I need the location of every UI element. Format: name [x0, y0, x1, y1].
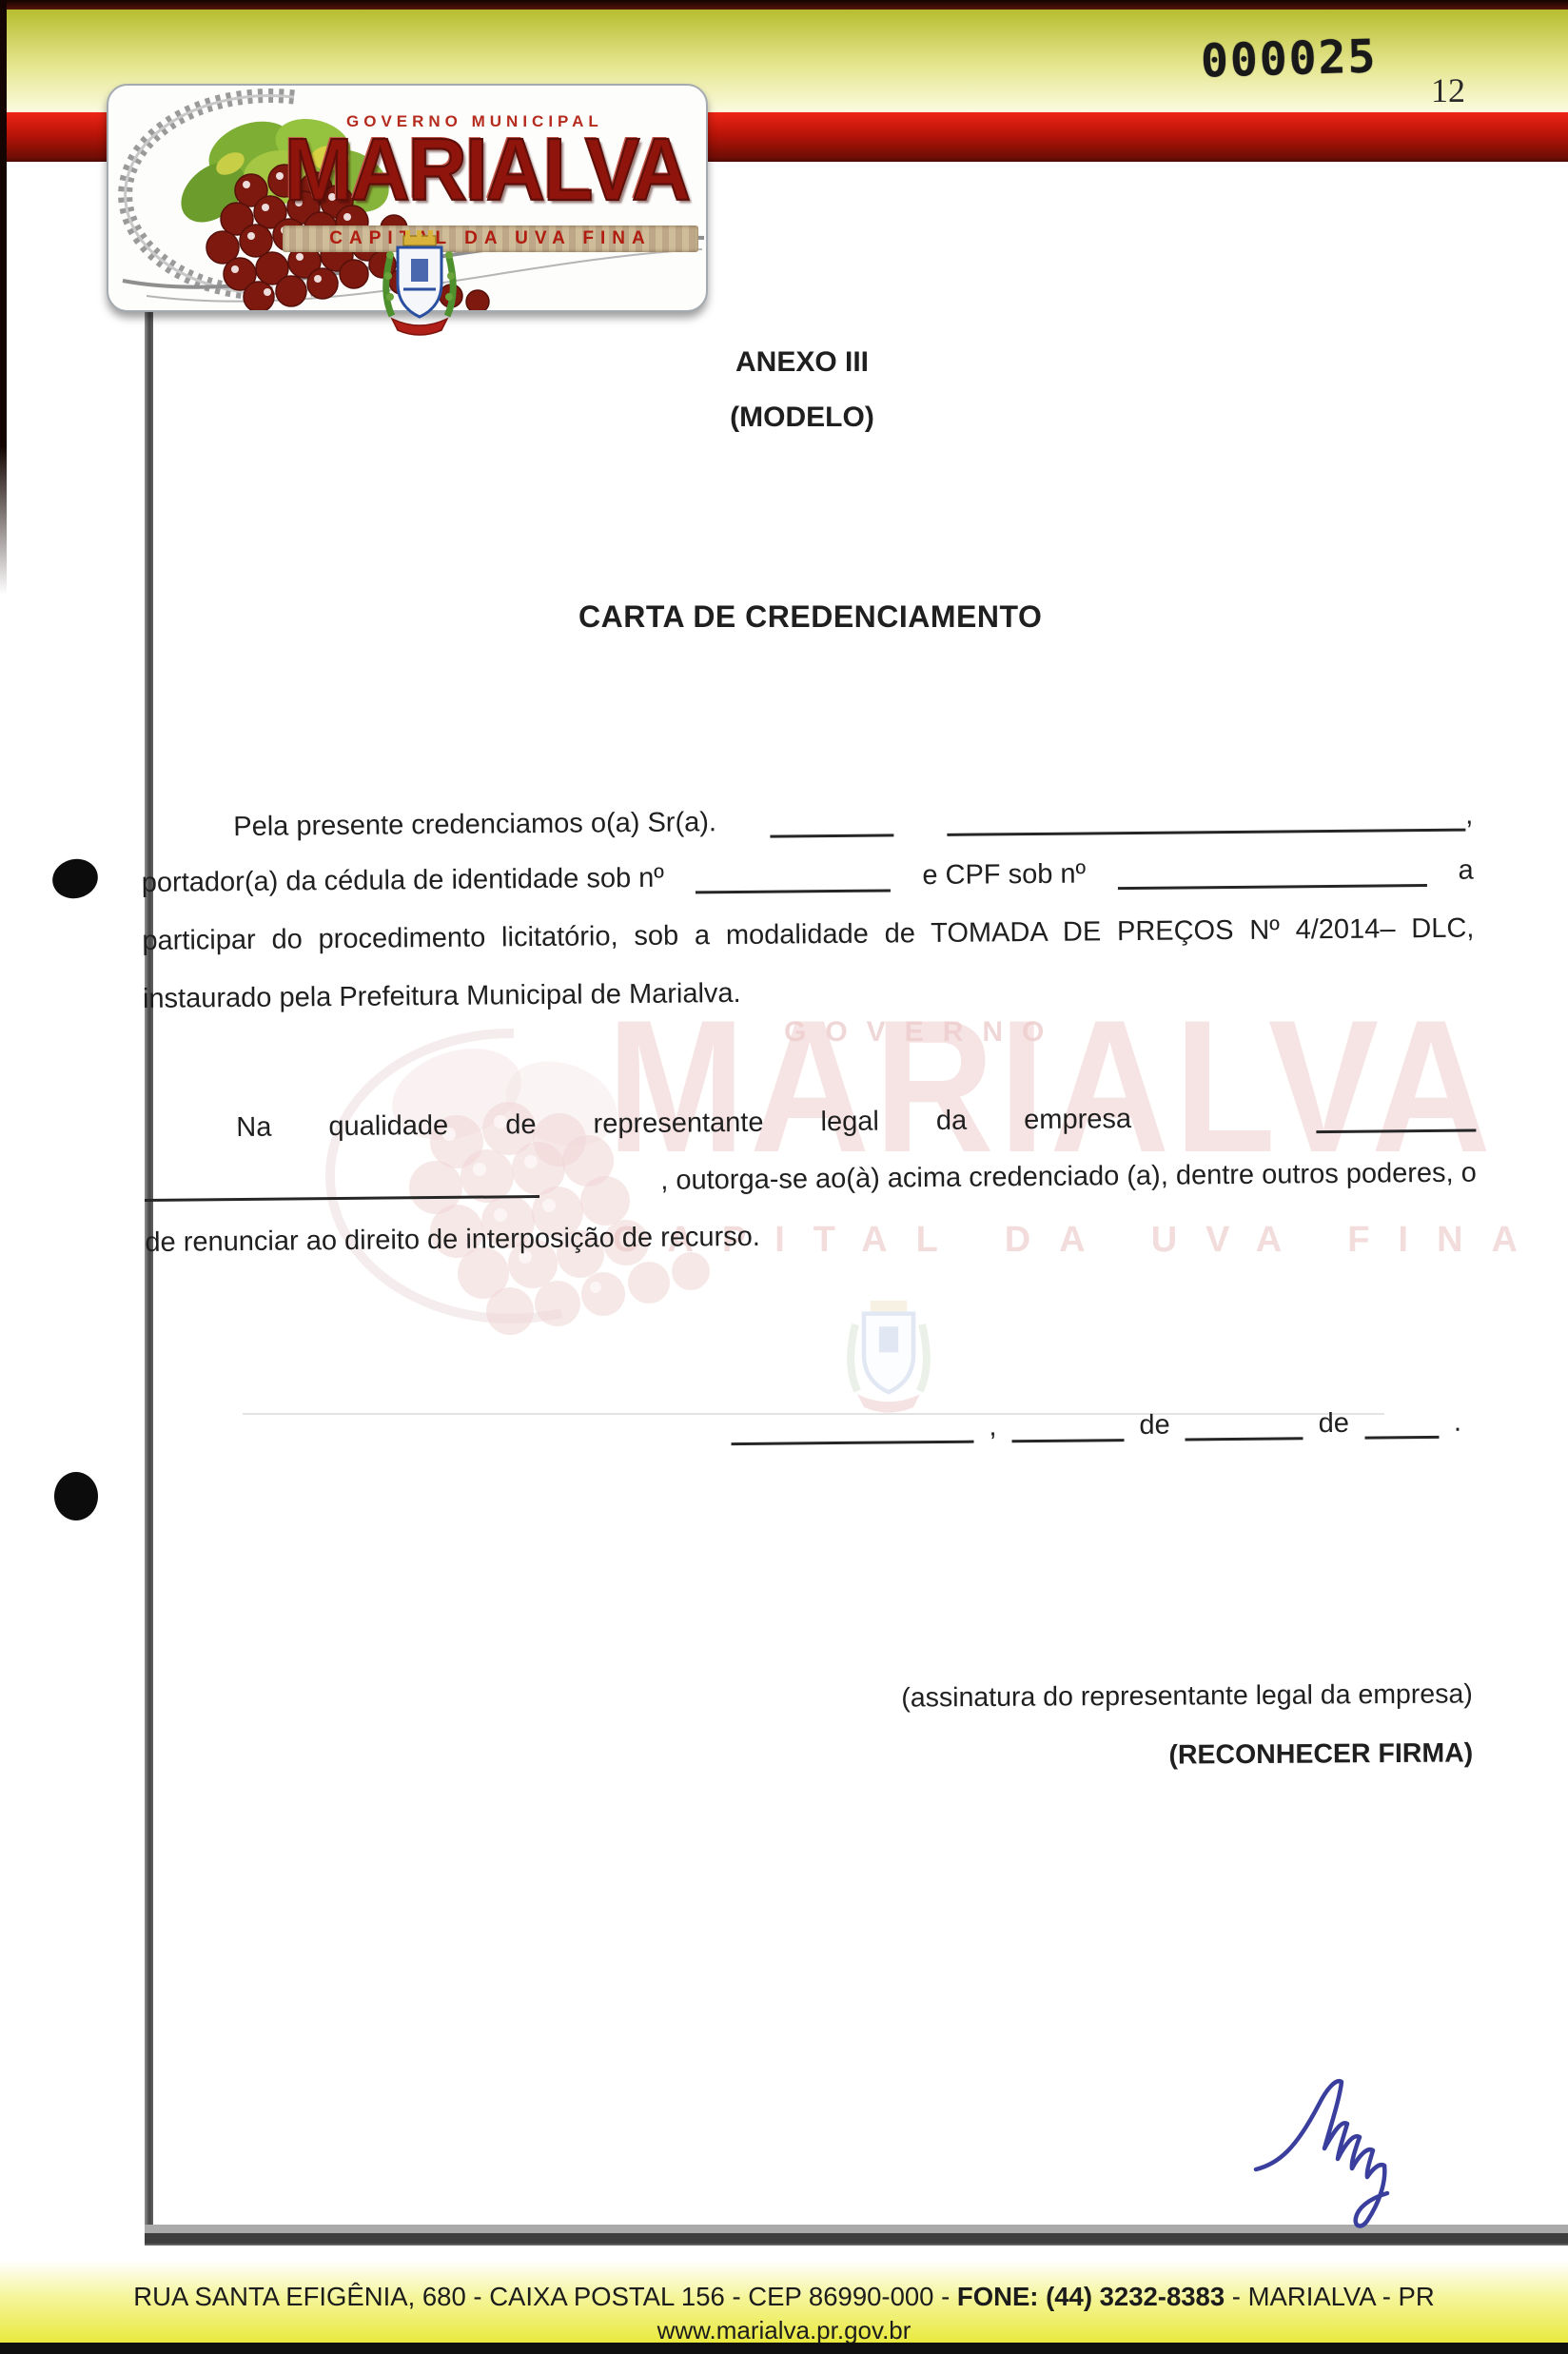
annex-title: ANEXO III — [659, 335, 945, 390]
p2-line1: Na qualidade de representante legal da e… — [144, 1101, 1476, 1145]
annex-title-block: ANEXO III (MODELO) — [659, 335, 945, 445]
municipal-logo-card: GOVERNO MUNICIPAL MARIALVA CAPITAL DA UV… — [107, 84, 708, 312]
footer-address: RUA SANTA EFIGÊNIA, 680 - CAIXA POSTAL 1… — [0, 2282, 1568, 2312]
credential-name-blank-2 — [947, 829, 1465, 836]
company-name-blank-2 — [145, 1195, 539, 1202]
coat-of-arms-icon — [382, 228, 457, 338]
p1-line1-end: , — [947, 800, 1473, 836]
date-period: . — [1454, 1407, 1461, 1439]
handwritten-signature — [1248, 2053, 1434, 2229]
p2-line1-text: Na qualidade de representante legal da e… — [236, 1104, 1131, 1144]
identity-number-blank — [696, 889, 891, 893]
signature-caption-block: (assinatura do representante legal da em… — [761, 1664, 1474, 1787]
p2-line2: , outorga-se ao(à) acima credenciado (a)… — [145, 1158, 1477, 1202]
page-stamp-number: 000025 — [1200, 29, 1378, 88]
annex-subtitle: (MODELO) — [659, 390, 945, 445]
footer-address-part1: RUA SANTA EFIGÊNIA, 680 - CAIXA POSTAL 1… — [133, 2282, 957, 2311]
document-title: CARTA DE CREDENCIAMENTO — [578, 599, 1028, 635]
date-year-blank — [1364, 1436, 1439, 1440]
date-comma: , — [989, 1411, 996, 1442]
footer-website: www.marialva.pr.gov.br — [0, 2316, 1568, 2345]
cpf-label: e CPF sob nº — [922, 858, 1086, 892]
footer-black-bar — [0, 2343, 1568, 2354]
p1-line3: participar do procedimento licitatório, … — [142, 913, 1474, 957]
p1-line1: Pela presente credenciamos o(a) Sr(a). , — [141, 800, 1473, 844]
p1-line2-end: a — [1458, 855, 1473, 887]
date-line: , de de . — [731, 1407, 1461, 1445]
date-de2-label: de — [1319, 1408, 1350, 1440]
hole-punch-top — [49, 854, 102, 903]
identity-label: portador(a) da cédula de identidade sob … — [142, 863, 664, 899]
logo-tagline-banner: CAPITAL DA UVA FINA — [283, 226, 698, 252]
date-month-blank — [1186, 1437, 1303, 1441]
top-edge-strip — [0, 0, 1568, 10]
footer-phone: FONE: (44) 3232-8383 — [957, 2282, 1225, 2311]
hole-punch-bottom — [54, 1472, 98, 1520]
signature-caption: (assinatura do representante legal da em… — [761, 1664, 1473, 1728]
document-scan-page: 000025 12 — [0, 0, 1568, 2354]
cpf-number-blank — [1118, 884, 1427, 890]
p2-line3: de renunciar ao direito de interposição … — [145, 1215, 1477, 1259]
reconhecer-firma-note: (RECONHECER FIRMA) — [761, 1723, 1473, 1787]
letter-body: Pela presente credenciamos o(a) Sr(a). ,… — [141, 787, 1480, 1532]
logo-marialva-wordmark: MARIALVA — [284, 120, 689, 222]
page-number: 12 — [1431, 70, 1465, 110]
p1-line2: portador(a) da cédula de identidade sob … — [142, 855, 1474, 899]
p2-line2-text: , outorga-se ao(à) acima credenciado (a)… — [660, 1158, 1477, 1197]
credential-name-blank-1 — [770, 834, 893, 837]
p1-line1-text: Pela presente credenciamos o(a) Sr(a). — [233, 807, 716, 843]
date-de1-label: de — [1139, 1410, 1170, 1442]
date-day-blank — [1012, 1439, 1125, 1442]
date-city-blank — [732, 1441, 974, 1445]
p1-line4: instaurado pela Prefeitura Municipal de … — [143, 971, 1475, 1015]
p1-line1-comma: , — [1465, 800, 1473, 832]
scan-left-edge — [0, 0, 7, 595]
company-name-blank-1 — [1316, 1129, 1476, 1134]
footer-address-part2: - MARIALVA - PR — [1225, 2282, 1435, 2311]
